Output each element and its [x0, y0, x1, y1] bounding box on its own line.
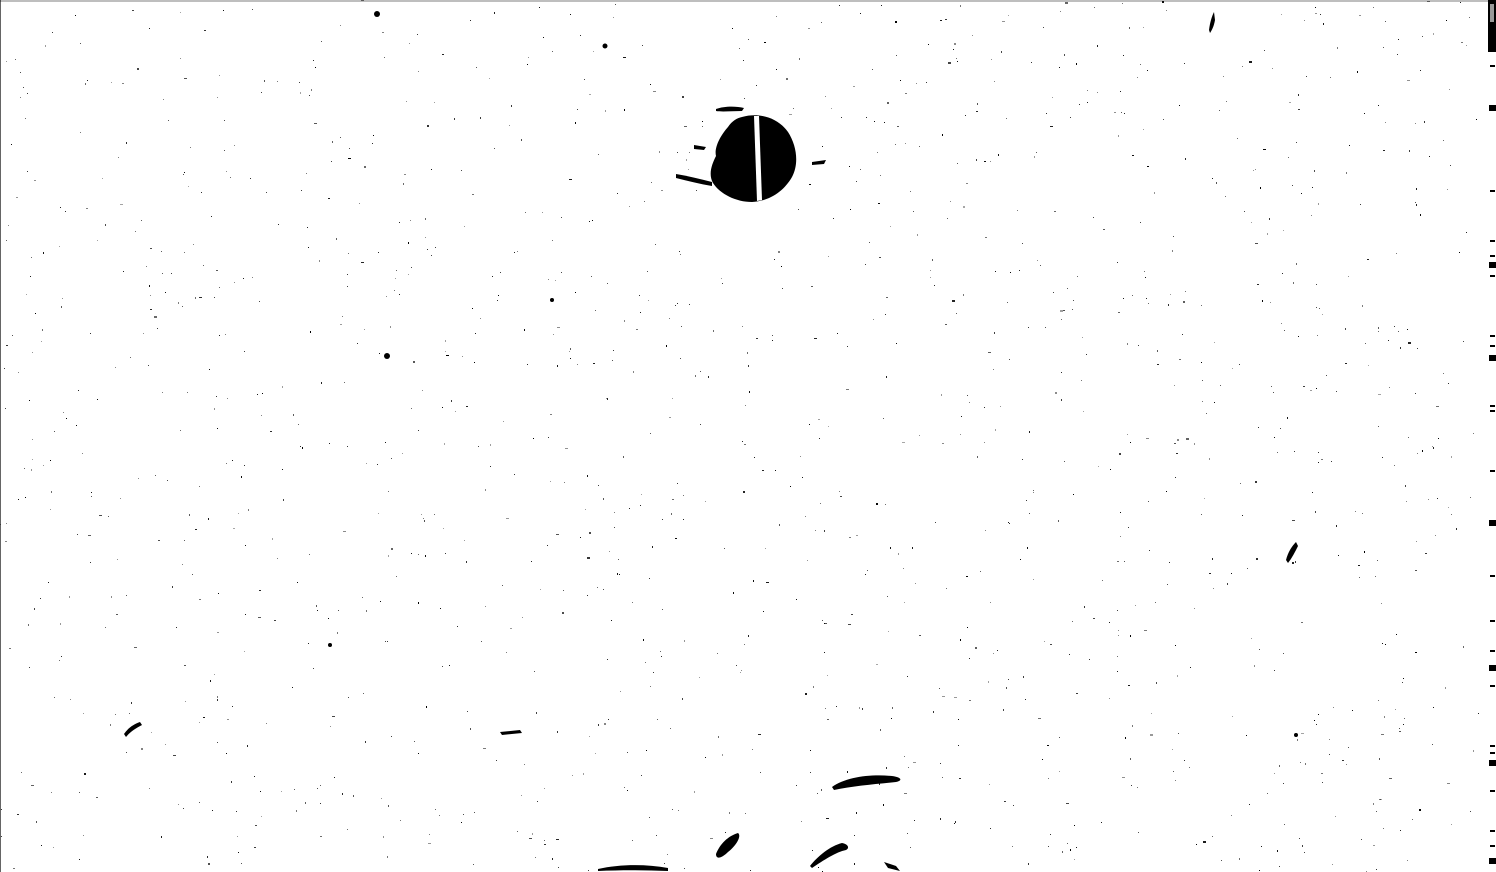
binarized-photo — [0, 0, 1496, 872]
